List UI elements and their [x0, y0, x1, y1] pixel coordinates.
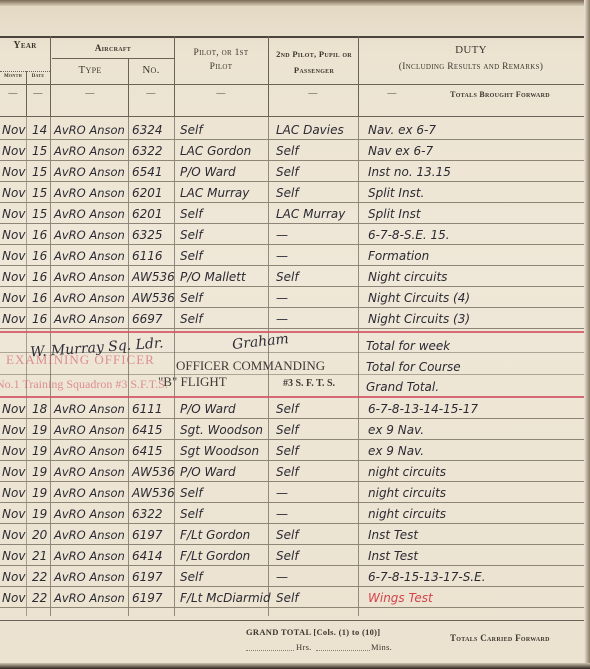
entry-pilot: F/Lt McDiarmid — [176, 587, 272, 607]
entry-second: Self — [270, 545, 364, 565]
entry-no: 6322 — [130, 140, 176, 160]
minutes-label: Mins. — [371, 642, 392, 652]
entry-no: 6116 — [130, 245, 176, 265]
entry-month: Nov — [0, 419, 28, 439]
entry-second: Self — [270, 182, 364, 202]
entry-type: AvRO Anson — [52, 245, 130, 265]
entry-duty: Inst no. 13.15 — [360, 161, 588, 181]
entry-month: Nov — [0, 224, 28, 244]
log-entry-row: Nov14AvRO Anson6324SelfLAC DaviesNav. ex… — [0, 119, 584, 140]
flight-stamp: "B" FLIGHT — [158, 374, 227, 390]
entry-date: 14 — [28, 119, 54, 139]
date-header: Date — [26, 73, 50, 79]
entry-no: 6415 — [130, 440, 176, 460]
entry-date: 19 — [28, 482, 54, 502]
entry-type: AvRO Anson — [52, 119, 130, 139]
log-entry-row: Nov15AvRO Anson6322LAC GordonSelfNav ex … — [0, 140, 584, 161]
dash: — — [0, 88, 26, 98]
entry-second: Self — [270, 140, 364, 160]
log-entry-row: Nov22AvRO Anson6197F/Lt McDiarmidSelfWin… — [0, 587, 584, 608]
logbook-page: Year Month Date Aircraft Type No. Pilot,… — [0, 0, 590, 669]
entry-second: Self — [270, 587, 364, 607]
entry-date: 20 — [28, 524, 54, 544]
dash: — — [174, 88, 268, 98]
entry-date: 19 — [28, 419, 54, 439]
entry-duty: Inst Test — [360, 545, 588, 565]
entry-date: 15 — [28, 182, 54, 202]
entry-second: LAC Murray — [270, 203, 364, 223]
log-entry-row: Nov15AvRO Anson6201SelfLAC MurraySplit I… — [0, 203, 584, 224]
entry-month: Nov — [0, 398, 28, 418]
entry-date: 22 — [28, 587, 54, 607]
second-pilot-header: 2nd Pilot, Pupil or Passenger — [270, 46, 358, 78]
entry-duty: Night Circuits (4) — [360, 287, 588, 307]
log-footer: GRAND TOTAL [Cols. (1) to (10)] Hrs. Min… — [0, 620, 590, 669]
log-header: Year Month Date Aircraft Type No. Pilot,… — [0, 36, 584, 116]
entry-no: AW536 — [130, 482, 176, 502]
entry-duty: Nav ex 6-7 — [360, 140, 588, 160]
log-entry-row: Nov16AvRO AnsonAW536P/O MallettSelfNight… — [0, 266, 584, 287]
entry-date: 19 — [28, 503, 54, 523]
entry-month: Nov — [0, 440, 28, 460]
no-header: No. — [128, 64, 174, 76]
entry-type: AvRO Anson — [52, 524, 130, 544]
entry-pilot: Self — [176, 245, 272, 265]
entry-no: 6414 — [130, 545, 176, 565]
entry-date: 15 — [28, 140, 54, 160]
entry-no: AW536 — [130, 266, 176, 286]
entry-no: 6197 — [130, 566, 176, 586]
log-entry-row: Nov19AvRO AnsonAW536P/O WardSelfnight ci… — [0, 461, 584, 482]
log-entry-row: Nov15AvRO Anson6541P/O WardSelfInst no. … — [0, 161, 584, 182]
entry-duty: ex 9 Nav. — [360, 440, 588, 460]
entry-pilot: P/O Mallett — [176, 266, 272, 286]
entry-date: 16 — [28, 308, 54, 328]
entry-type: AvRO Anson — [52, 266, 130, 286]
totals-carried-forward: Totals Carried Forward — [450, 633, 550, 643]
entry-second: LAC Davies — [270, 119, 364, 139]
entry-type: AvRO Anson — [52, 203, 130, 223]
log-entry-row: Nov22AvRO Anson6197Self—6-7-8-15-13-17-S… — [0, 566, 584, 587]
log-entry-row: Nov15AvRO Anson6201LAC MurraySelfSplit I… — [0, 182, 584, 203]
entry-second: Self — [270, 419, 364, 439]
dash: — — [268, 88, 358, 98]
page-edge — [0, 0, 590, 6]
entry-second: Self — [270, 461, 364, 481]
entry-pilot: P/O Ward — [176, 461, 272, 481]
entry-duty: 6-7-8-S.E. 15. — [360, 224, 588, 244]
entry-no: 6697 — [130, 308, 176, 328]
entry-pilot: P/O Ward — [176, 398, 272, 418]
officer-commanding-stamp: OFFICER COMMANDING — [176, 358, 325, 374]
entry-pilot: F/Lt Gordon — [176, 524, 272, 544]
entry-duty: Night circuits — [360, 266, 588, 286]
entry-date: 15 — [28, 161, 54, 181]
entry-date: 16 — [28, 224, 54, 244]
entry-type: AvRO Anson — [52, 182, 130, 202]
entry-no: 6324 — [130, 119, 176, 139]
entry-pilot: P/O Ward — [176, 161, 272, 181]
entry-type: AvRO Anson — [52, 503, 130, 523]
entry-duty: night circuits — [360, 503, 588, 523]
entry-no: 6201 — [130, 203, 176, 223]
entry-second: — — [270, 287, 364, 307]
entry-second: Self — [270, 440, 364, 460]
aircraft-header: Aircraft — [52, 43, 174, 53]
entry-no: 6325 — [130, 224, 176, 244]
squadron-stamp: No.1 Training Squadron #3 S.F.T.S. — [0, 377, 168, 392]
pilot-header: Pilot, or 1st Pilot — [190, 46, 252, 74]
entry-pilot: Self — [176, 503, 272, 523]
hours-label: Hrs. — [296, 642, 312, 652]
entry-second: — — [270, 224, 364, 244]
entry-pilot: LAC Murray — [176, 182, 272, 202]
commanding-signature: Graham — [231, 331, 289, 353]
log-entry-row: Nov20AvRO Anson6197F/Lt GordonSelfInst T… — [0, 524, 584, 545]
entry-no: 6197 — [130, 524, 176, 544]
entry-month: Nov — [0, 308, 28, 328]
entry-no: 6322 — [130, 503, 176, 523]
entry-type: AvRO Anson — [52, 398, 130, 418]
entry-second: — — [270, 245, 364, 265]
log-entry-row: Nov19AvRO Anson6415Sgt WoodsonSelfex 9 N… — [0, 440, 584, 461]
entry-no: AW536 — [130, 287, 176, 307]
entry-date: 18 — [28, 398, 54, 418]
entry-pilot: Self — [176, 482, 272, 502]
entry-date: 15 — [28, 203, 54, 223]
entry-duty: Split Inst — [360, 203, 588, 223]
entry-duty: Inst Test — [360, 524, 588, 544]
entry-month: Nov — [0, 503, 28, 523]
entry-type: AvRO Anson — [52, 545, 130, 565]
entry-month: Nov — [0, 287, 28, 307]
entry-type: AvRO Anson — [52, 461, 130, 481]
sfts-stamp: #3 S. F. T. S. — [283, 378, 335, 389]
month-header: Month — [0, 73, 26, 79]
entry-month: Nov — [0, 524, 28, 544]
entry-duty: Formation — [360, 245, 588, 265]
entry-pilot: Self — [176, 224, 272, 244]
entry-date: 19 — [28, 440, 54, 460]
entry-second: Self — [270, 161, 364, 181]
entry-no: 6415 — [130, 419, 176, 439]
entry-type: AvRO Anson — [52, 482, 130, 502]
entry-type: AvRO Anson — [52, 140, 130, 160]
log-entry-row: Nov16AvRO Anson6697Self—Night Circuits (… — [0, 308, 584, 329]
entry-month: Nov — [0, 266, 28, 286]
entry-month: Nov — [0, 482, 28, 502]
log-entry-row: Nov16AvRO Anson6116Self—Formation — [0, 245, 584, 266]
entry-pilot: F/Lt Gordon — [176, 545, 272, 565]
entry-month: Nov — [0, 545, 28, 565]
entry-pilot: Self — [176, 308, 272, 328]
entry-second: — — [270, 566, 364, 586]
entry-duty: Night Circuits (3) — [360, 308, 588, 328]
duty-subheader: (Including Results and Remarks) — [358, 62, 584, 72]
entry-duty: night circuits — [360, 482, 588, 502]
entry-month: Nov — [0, 566, 28, 586]
entry-no: 6201 — [130, 182, 176, 202]
entry-month: Nov — [0, 182, 28, 202]
entry-pilot: Self — [176, 119, 272, 139]
entry-month: Nov — [0, 140, 28, 160]
entry-pilot: Sgt Woodson — [176, 440, 272, 460]
log-entry-row: Nov19AvRO AnsonAW536Self—night circuits — [0, 482, 584, 503]
log-entry-row: Nov19AvRO Anson6415Sgt. WoodsonSelfex 9 … — [0, 419, 584, 440]
entry-month: Nov — [0, 587, 28, 607]
entry-type: AvRO Anson — [52, 287, 130, 307]
log-entry-row: Nov18AvRO Anson6111P/O WardSelf6-7-8-13-… — [0, 398, 584, 419]
year-header: Year — [0, 40, 50, 51]
duty-header: DUTY — [358, 44, 584, 56]
entry-month: Nov — [0, 245, 28, 265]
entry-pilot: LAC Gordon — [176, 140, 272, 160]
dash: — — [52, 88, 128, 98]
entry-pilot: Self — [176, 287, 272, 307]
entry-date: 19 — [28, 461, 54, 481]
entry-date: 16 — [28, 287, 54, 307]
total-for-week: Total for week — [366, 335, 450, 355]
entry-duty: night circuits — [360, 461, 588, 481]
entry-duty: Split Inst. — [360, 182, 588, 202]
entry-date: 22 — [28, 566, 54, 586]
log-entry-row: Nov21AvRO Anson6414F/Lt GordonSelfInst T… — [0, 545, 584, 566]
entry-type: AvRO Anson — [52, 419, 130, 439]
entry-no: 6541 — [130, 161, 176, 181]
entry-second: Self — [270, 524, 364, 544]
grand-total-label: GRAND TOTAL [Cols. (1) to (10)] — [246, 627, 380, 637]
entry-pilot: Self — [176, 566, 272, 586]
entry-second: — — [270, 482, 364, 502]
totals-brought-forward: Totals Brought Forward — [420, 90, 580, 99]
dash: — — [26, 88, 50, 98]
dash: — — [372, 88, 412, 98]
entry-second: Self — [270, 398, 364, 418]
dash: — — [128, 88, 174, 98]
entry-type: AvRO Anson — [52, 224, 130, 244]
entry-duty: 6-7-8-13-14-15-17 — [360, 398, 588, 418]
entry-second: — — [270, 503, 364, 523]
entry-second: — — [270, 308, 364, 328]
entry-type: AvRO Anson — [52, 161, 130, 181]
entry-type: AvRO Anson — [52, 440, 130, 460]
entry-duty: 6-7-8-15-13-17-S.E. — [360, 566, 588, 586]
entry-duty: Wings Test — [360, 587, 588, 607]
entry-month: Nov — [0, 203, 28, 223]
entry-month: Nov — [0, 461, 28, 481]
log-entry-row: Nov16AvRO Anson6325Self—6-7-8-S.E. 15. — [0, 224, 584, 245]
entry-type: AvRO Anson — [52, 587, 130, 607]
entry-second: Self — [270, 266, 364, 286]
log-entry-row: Nov16AvRO AnsonAW536Self—Night Circuits … — [0, 287, 584, 308]
grand-total-entry: Grand Total. — [366, 376, 439, 396]
entry-month: Nov — [0, 119, 28, 139]
total-for-course: Total for Course — [366, 356, 461, 376]
log-entry-row: Nov19AvRO Anson6322Self—night circuits — [0, 503, 584, 524]
entry-date: 16 — [28, 266, 54, 286]
entry-no: 6111 — [130, 398, 176, 418]
entry-no: AW536 — [130, 461, 176, 481]
entry-duty: ex 9 Nav. — [360, 419, 588, 439]
entry-duty: Nav. ex 6-7 — [360, 119, 588, 139]
type-header: Type — [52, 64, 128, 76]
entry-pilot: Sgt. Woodson — [176, 419, 272, 439]
entry-no: 6197 — [130, 587, 176, 607]
entry-type: AvRO Anson — [52, 308, 130, 328]
entry-date: 21 — [28, 545, 54, 565]
entry-date: 16 — [28, 245, 54, 265]
entry-type: AvRO Anson — [52, 566, 130, 586]
entry-month: Nov — [0, 161, 28, 181]
entry-pilot: Self — [176, 203, 272, 223]
